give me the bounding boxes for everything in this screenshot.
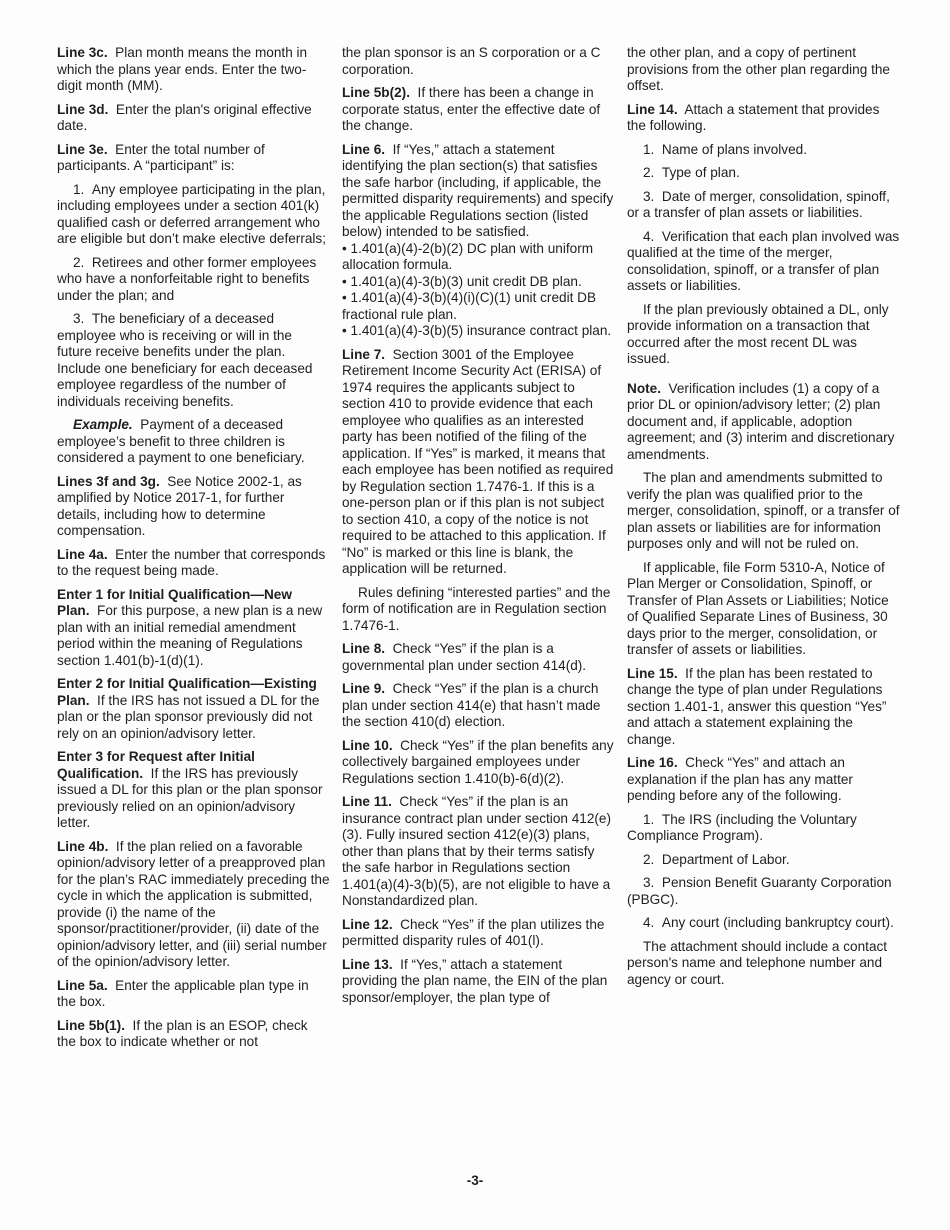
paragraph: Line 9. Check “Yes” if the plan is a chu… (342, 681, 615, 731)
run-in-heading: Line 3e. (57, 142, 108, 157)
paragraph: Line 6. If “Yes,” attach a statement ide… (342, 142, 615, 241)
paragraph: Line 13. If “Yes,” attach a statement pr… (342, 957, 615, 1007)
paragraph: Rules defining “interested parties” and … (342, 585, 615, 635)
paragraph: 2. Type of plan. (627, 165, 900, 182)
paragraph: the other plan, and a copy of pertinent … (627, 45, 900, 95)
run-in-heading: Enter 1 for Initial Qualification—New Pl… (57, 587, 292, 619)
paragraph: Line 7. Section 3001 of the Employee Ret… (342, 347, 615, 578)
paragraph: 1. Any employee participating in the pla… (57, 182, 330, 248)
paragraph: Line 14. Attach a statement that provide… (627, 102, 900, 135)
paragraph: Line 5b(1). If the plan is an ESOP, chec… (57, 1018, 330, 1051)
paragraph: 4. Any court (including bankruptcy court… (627, 915, 900, 932)
paragraph: Line 12. Check “Yes” if the plan utilize… (342, 917, 615, 950)
run-in-heading: Line 16. (627, 755, 678, 770)
paragraph: Line 3e. Enter the total number of parti… (57, 142, 330, 175)
run-in-heading: Line 7. (342, 347, 385, 362)
page-body: Line 3c. Plan month means the month in w… (57, 45, 900, 1051)
column-1: Line 3c. Plan month means the month in w… (57, 45, 330, 1051)
paragraph: the plan sponsor is an S corporation or … (342, 45, 615, 78)
paragraph: The attachment should include a contact … (627, 939, 900, 989)
paragraph: Note. Verification includes (1) a copy o… (627, 381, 900, 464)
page-number: -3- (0, 1173, 950, 1188)
column-3: the other plan, and a copy of pertinent … (627, 45, 900, 1051)
paragraph: Enter 1 for Initial Qualification—New Pl… (57, 587, 330, 670)
paragraph: 3. Pension Benefit Guaranty Corporation … (627, 875, 900, 908)
paragraph: 2. Retirees and other former employees w… (57, 255, 330, 305)
run-in-heading: Example. (73, 417, 133, 432)
run-in-heading: Line 8. (342, 641, 385, 656)
column-2: the plan sponsor is an S corporation or … (342, 45, 615, 1051)
run-in-heading: Line 13. (342, 957, 393, 972)
run-in-heading: Line 12. (342, 917, 393, 932)
run-in-heading: Line 15. (627, 666, 678, 681)
paragraph: Line 5b(2). If there has been a change i… (342, 85, 615, 135)
paragraph: If applicable, file Form 5310-A, Notice … (627, 560, 900, 659)
paragraph: • 1.401(a)(4)-3(b)(4)(i)(C)(1) unit cred… (342, 290, 615, 323)
paragraph: Line 3c. Plan month means the month in w… (57, 45, 330, 95)
paragraph: Example. Payment of a deceased employee’… (57, 417, 330, 467)
run-in-heading: Line 5b(1). (57, 1018, 125, 1033)
paragraph: 4. Verification that each plan involved … (627, 229, 900, 295)
paragraph: Line 10. Check “Yes” if the plan benefit… (342, 738, 615, 788)
run-in-heading: Line 10. (342, 738, 393, 753)
paragraph: Line 5a. Enter the applicable plan type … (57, 978, 330, 1011)
paragraph: 3. Date of merger, consolidation, spinof… (627, 189, 900, 222)
paragraph: Line 8. Check “Yes” if the plan is a gov… (342, 641, 615, 674)
paragraph: Line 4b. If the plan relied on a favorab… (57, 839, 330, 971)
run-in-heading: Line 3d. (57, 102, 108, 117)
run-in-heading: Enter 3 for Request after Initial Qualif… (57, 749, 255, 781)
paragraph: 1. Name of plans involved. (627, 142, 900, 159)
paragraph: 3. The beneficiary of a deceased employe… (57, 311, 330, 410)
run-in-heading: Line 6. (342, 142, 385, 157)
run-in-heading: Line 11. (342, 794, 392, 809)
run-in-heading: Line 4b. (57, 839, 108, 854)
run-in-heading: Enter 2 for Initial Qualification—Existi… (57, 676, 317, 708)
run-in-heading: Lines 3f and 3g. (57, 474, 160, 489)
paragraph: • 1.401(a)(4)-3(b)(3) unit credit DB pla… (342, 274, 615, 291)
paragraph: Enter 3 for Request after Initial Qualif… (57, 749, 330, 832)
paragraph: • 1.401(a)(4)-3(b)(5) insurance contract… (342, 323, 615, 340)
paragraph: 1. The IRS (including the Voluntary Comp… (627, 812, 900, 845)
paragraph: 2. Department of Labor. (627, 852, 900, 869)
paragraph: If the plan previously obtained a DL, on… (627, 302, 900, 368)
run-in-heading: Line 5a. (57, 978, 108, 993)
instructions-page: { "page": { "footer": "-3-", "background… (0, 0, 950, 1230)
run-in-heading: Line 4a. (57, 547, 108, 562)
paragraph: Line 4a. Enter the number that correspon… (57, 547, 330, 580)
paragraph: Lines 3f and 3g. See Notice 2002-1, as a… (57, 474, 330, 540)
paragraph: Line 16. Check “Yes” and attach an expla… (627, 755, 900, 805)
paragraph: Line 3d. Enter the plan's original effec… (57, 102, 330, 135)
paragraph: • 1.401(a)(4)-2(b)(2) DC plan with unifo… (342, 241, 615, 274)
paragraph: The plan and amendments submitted to ver… (627, 470, 900, 553)
run-in-heading: Line 3c. (57, 45, 108, 60)
paragraph: Line 15. If the plan has been restated t… (627, 666, 900, 749)
run-in-heading: Note. (627, 381, 661, 396)
run-in-heading: Line 14. (627, 102, 678, 117)
paragraph: Enter 2 for Initial Qualification—Existi… (57, 676, 330, 742)
run-in-heading: Line 5b(2). (342, 85, 410, 100)
paragraph: Line 11. Check “Yes” if the plan is an i… (342, 794, 615, 910)
run-in-heading: Line 9. (342, 681, 385, 696)
